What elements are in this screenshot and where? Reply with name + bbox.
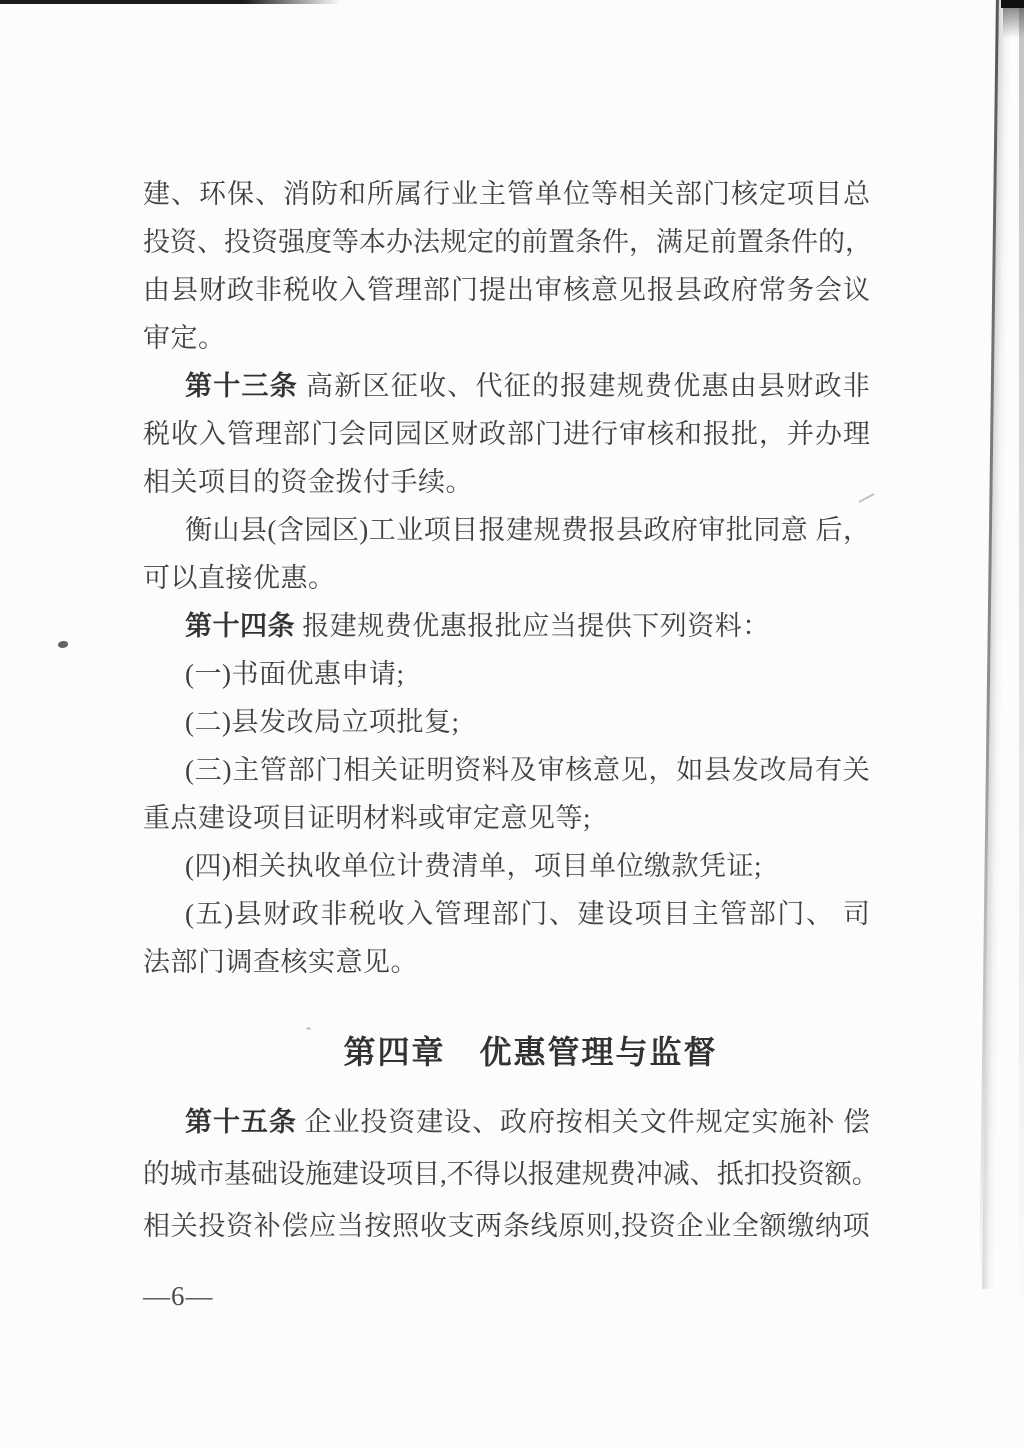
text-line: 审定。 [143,314,870,362]
text-line: 衡山县(含园区)工业项目报建规费报县政府审批同意 后， [143,506,870,554]
text-line: (一)书面优惠申请; [143,650,870,698]
text-line: 投资、投资强度等本办法规定的前置条件，满足前置条件的， [143,218,870,266]
scan-artifact-corner-fade [1003,8,1024,38]
text-line: 第十五条 企业投资建设、政府按相关文件规定实施补 偿 [143,1096,870,1148]
text-line: 税收入管理部门会同园区财政部门进行审核和报批，并办理 [143,410,870,458]
text-line: 可以直接优惠。 [143,554,870,602]
text-line: 的城市基础设施建设项目,不得以报建规费冲减、抵扣投资额。 [143,1148,870,1200]
document-body: 建、环保、消防和所属行业主管单位等相关部门核定项目总投资、投资强度等本办法规定的… [143,170,870,1252]
scan-speck [58,641,68,648]
scan-artifact-right-edge [1019,0,1024,1447]
text-line: (四)相关执收单位计费清单，项目单位缴款凭证; [143,842,870,890]
text-line: 建、环保、消防和所属行业主管单位等相关部门核定项目总 [143,170,870,218]
document-page: 建、环保、消防和所属行业主管单位等相关部门核定项目总投资、投资强度等本办法规定的… [0,0,1024,1447]
page-number: —6— [143,1281,214,1312]
text-line: 相关投资补偿应当按照收支两条线原则,投资企业全额缴纳项 [143,1200,870,1252]
scan-artifact-top-edge [0,0,340,4]
text-line: 法部门调查核实意见。 [143,938,870,986]
text-line: 由县财政非税收入管理部门提出审核意见报县政府常务会议 [143,266,870,314]
scan-artifact-corner [1001,0,1024,8]
text-line: 相关项目的资金拨付手续。 [143,458,870,506]
chapter-heading: 第四章 优惠管理与监督 [167,1026,894,1078]
text-line: (五)县财政非税收入管理部门、建设项目主管部门、 司 [143,890,870,938]
text-line: (三)主管部门相关证明资料及审核意见，如县发改局有关 [143,746,870,794]
text-line: 第十四条 报建规费优惠报批应当提供下列资料： [143,602,870,650]
text-line: (二)县发改局立项批复; [143,698,870,746]
text-line: 第十三条 高新区征收、代征的报建规费优惠由县财政非 [143,362,870,410]
text-line: 重点建设项目证明材料或审定意见等; [143,794,870,842]
lines: 建、环保、消防和所属行业主管单位等相关部门核定项目总投资、投资强度等本办法规定的… [143,170,870,1252]
